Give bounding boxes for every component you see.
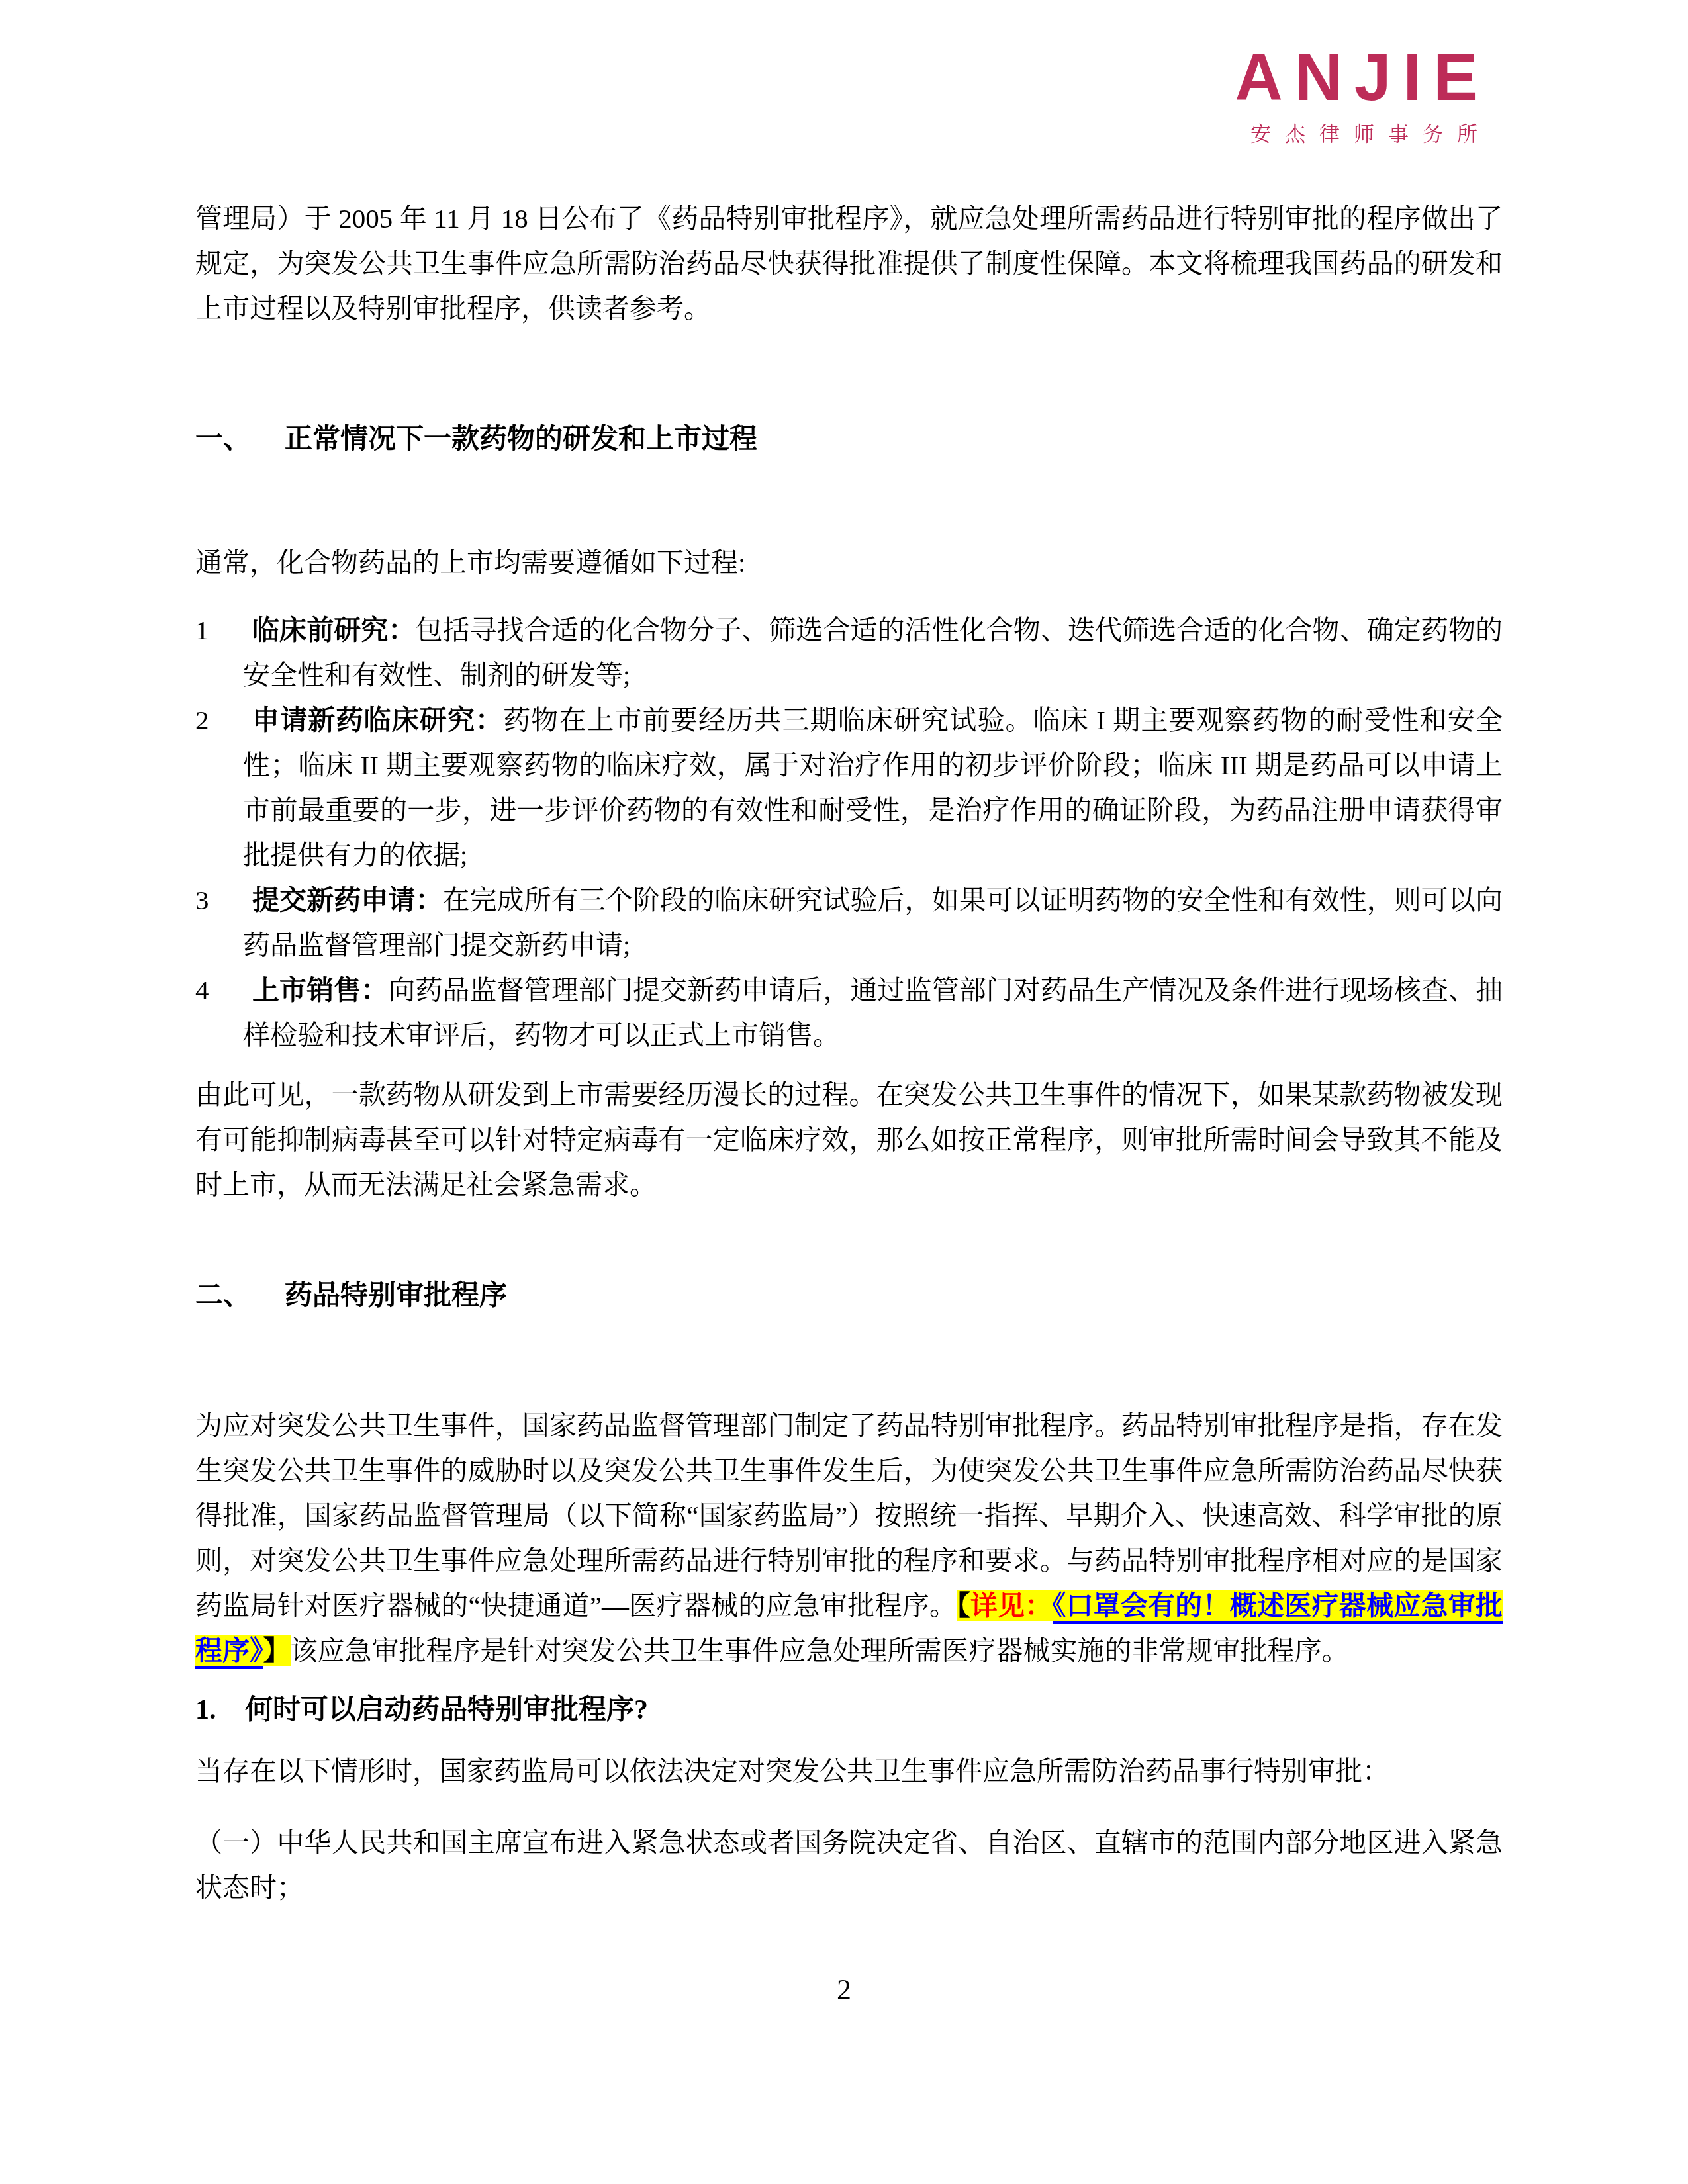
step-label: 提交新药申请： bbox=[252, 885, 442, 915]
document-page: ANJIE 安杰律师事务所 管理局）于 2005 年 11 月 18 日公布了《… bbox=[0, 0, 1688, 2184]
section-one-number: 一、 bbox=[195, 417, 285, 462]
section-two-number: 二、 bbox=[195, 1273, 285, 1318]
anjie-logo-subtitle: 安杰律师事务所 bbox=[1235, 123, 1491, 146]
subsection-one-title: 何时可以启动药品特别审批程序? bbox=[245, 1695, 648, 1725]
special-approval-paragraph: 为应对突发公共卫生事件，国家药品监督管理部门制定了药品特别审批程序。药品特别审批… bbox=[195, 1403, 1503, 1673]
list-item: 1临床前研究：包括寻找合适的化合物分子、筛选合适的活性化合物、迭代筛选合适的化合… bbox=[195, 608, 1503, 698]
list-item: 2申请新药临床研究：药物在上市前要经历共三期临床研究试验。临床 I 期主要观察药… bbox=[195, 698, 1503, 878]
subsection-one-heading: 1.何时可以启动药品特别审批程序? bbox=[195, 1688, 1503, 1733]
section-two-heading: 二、药品特别审批程序 bbox=[195, 1273, 1503, 1318]
anjie-logo-wordmark: ANJIE bbox=[1235, 41, 1489, 114]
document-body: 管理局）于 2005 年 11 月 18 日公布了《药品特别审批程序》，就应急处… bbox=[195, 196, 1503, 1910]
step-label: 申请新药临床研究： bbox=[252, 705, 503, 735]
list-item: 3提交新药申请：在完成所有三个阶段的临床研究试验后，如果可以证明药物的安全性和有… bbox=[195, 878, 1503, 968]
subsection-one-lead: 当存在以下情形时，国家药监局可以依法决定对突发公共卫生事件应急所需防治药品事行特… bbox=[195, 1749, 1503, 1794]
section-one-title: 正常情况下一款药物的研发和上市过程 bbox=[285, 424, 757, 455]
close-bracket: 】 bbox=[263, 1635, 291, 1666]
paragraph-text-after-link: 该应急审批程序是针对突发公共卫生事件应急处理所需医疗器械实施的非常规审批程序。 bbox=[291, 1635, 1349, 1666]
step-label: 上市销售： bbox=[252, 975, 388, 1005]
condition-item-one: （一）中华人民共和国主席宣布进入紧急状态或者国务院决定省、自治区、直辖市的范围内… bbox=[195, 1820, 1503, 1910]
step-label: 临床前研究： bbox=[252, 615, 415, 645]
open-bracket: 【 bbox=[957, 1590, 970, 1621]
list-item: 4上市销售：向药品监督管理部门提交新药申请后，通过监管部门对药品生产情况及条件进… bbox=[195, 968, 1503, 1058]
anjie-logo: ANJIE 安杰律师事务所 bbox=[1235, 41, 1477, 146]
see-also-label: 详见： bbox=[970, 1590, 1053, 1621]
step-number: 2 bbox=[195, 698, 209, 743]
step-text: 包括寻找合适的化合物分子、筛选合适的活性化合物、迭代筛选合适的化合物、确定药物的… bbox=[243, 615, 1503, 690]
page-number: 2 bbox=[0, 1974, 1688, 2007]
section-one-lead: 通常，化合物药品的上市均需要遵循如下过程: bbox=[195, 540, 1503, 585]
step-number: 1 bbox=[195, 608, 209, 653]
intro-paragraph: 管理局）于 2005 年 11 月 18 日公布了《药品特别审批程序》，就应急处… bbox=[195, 196, 1503, 331]
step-text: 向药品监督管理部门提交新药申请后，通过监管部门对药品生产情况及条件进行现场核查、… bbox=[243, 975, 1503, 1050]
section-one-conclusion: 由此可见，一款药物从研发到上市需要经历漫长的过程。在突发公共卫生事件的情况下，如… bbox=[195, 1072, 1503, 1207]
drug-approval-steps-list: 1临床前研究：包括寻找合适的化合物分子、筛选合适的活性化合物、迭代筛选合适的化合… bbox=[195, 608, 1503, 1058]
subsection-one-number: 1. bbox=[195, 1688, 245, 1733]
section-one-heading: 一、正常情况下一款药物的研发和上市过程 bbox=[195, 417, 1503, 462]
paragraph-text-before-link: 为应对突发公共卫生事件，国家药品监督管理部门制定了药品特别审批程序。药品特别审批… bbox=[195, 1410, 1503, 1621]
section-two-title: 药品特别审批程序 bbox=[285, 1281, 507, 1311]
step-number: 3 bbox=[195, 878, 209, 923]
step-number: 4 bbox=[195, 968, 209, 1013]
